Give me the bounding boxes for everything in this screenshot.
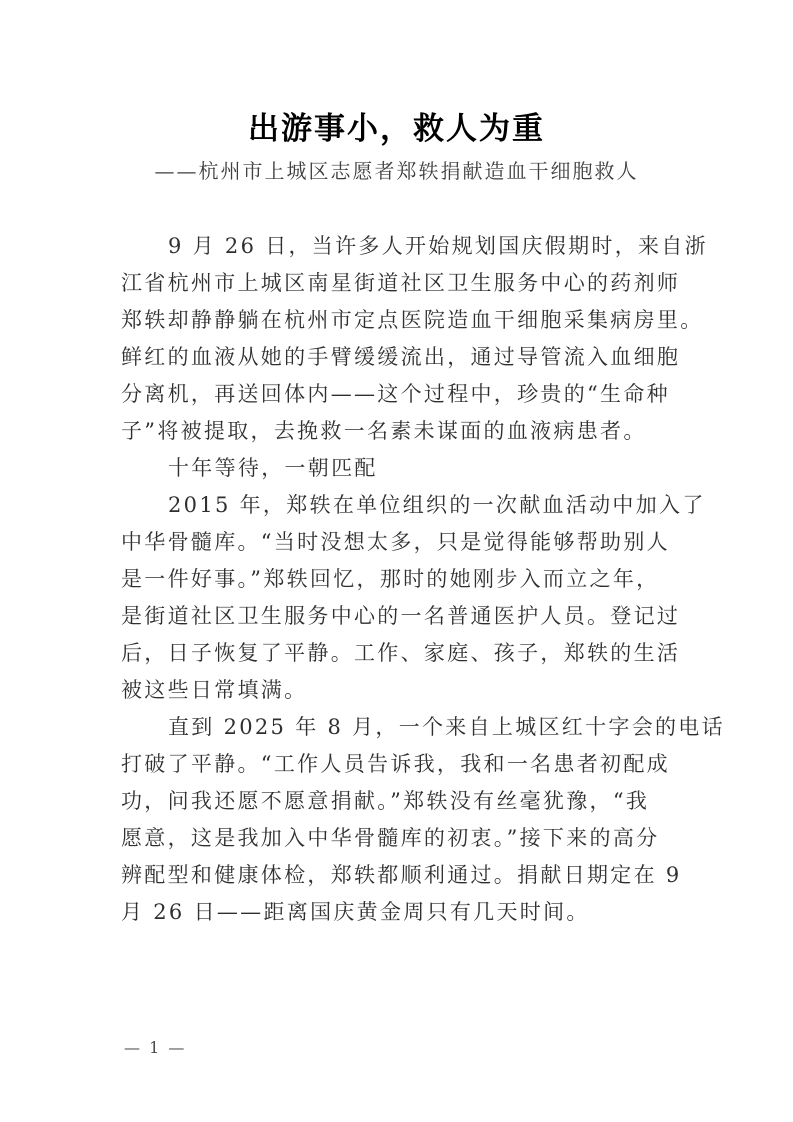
body-line: 直到 2025 年 8 月，一个来自上城区红十字会的电话 [121,709,687,746]
body-line: 子”将被提取，去挽救一名素未谋面的血液病患者。 [121,413,687,450]
body-line: 郑轶却静静躺在杭州市定点医院造血干细胞采集病房里。 [121,302,687,339]
document-body: 9 月 26 日，当许多人开始规划国庆假期时，来自浙 江省杭州市上城区南星街道社… [121,228,687,931]
body-line: 是一件好事。”郑轶回忆，那时的她刚步入而立之年， [121,561,687,598]
body-line: 2015 年，郑轶在单位组织的一次献血活动中加入了 [121,487,687,524]
body-line: 辨配型和健康体检，郑轶都顺利通过。捐献日期定在 9 [121,857,687,894]
body-line: 是街道社区卫生服务中心的一名普通医护人员。登记过 [121,598,687,635]
body-line: 月 26 日——距离国庆黄金周只有几天时间。 [121,894,687,931]
body-line: 功，问我还愿不愿意捐献。”郑轶没有丝毫犹豫，“我 [121,783,687,820]
body-line: 江省杭州市上城区南星街道社区卫生服务中心的药剂师 [121,265,687,302]
body-line: 打破了平静。“工作人员告诉我，我和一名患者初配成 [121,746,687,783]
body-line: 9 月 26 日，当许多人开始规划国庆假期时，来自浙 [121,228,687,265]
body-line: 中华骨髓库。“当时没想太多，只是觉得能够帮助别人 [121,524,687,561]
body-line: 愿意，这是我加入中华骨髓库的初衷。”接下来的高分 [121,820,687,857]
document-subtitle: ——杭州市上城区志愿者郑轶捐献造血干细胞救人 [0,155,793,184]
document-title: 出游事小，救人为重 [0,103,793,148]
page-number: — 1 — [124,1038,186,1057]
body-line: 被这些日常填满。 [121,672,687,709]
body-line: 鲜红的血液从她的手臂缓缓流出，通过导管流入血细胞 [121,339,687,376]
document-page: 出游事小，救人为重 ——杭州市上城区志愿者郑轶捐献造血干细胞救人 9 月 26 … [0,0,793,1122]
body-line: 后，日子恢复了平静。工作、家庭、孩子，郑轶的生活 [121,635,687,672]
body-line: 分离机，再送回体内——这个过程中，珍贵的“生命种 [121,376,687,413]
body-subheading: 十年等待，一朝匹配 [121,450,687,487]
